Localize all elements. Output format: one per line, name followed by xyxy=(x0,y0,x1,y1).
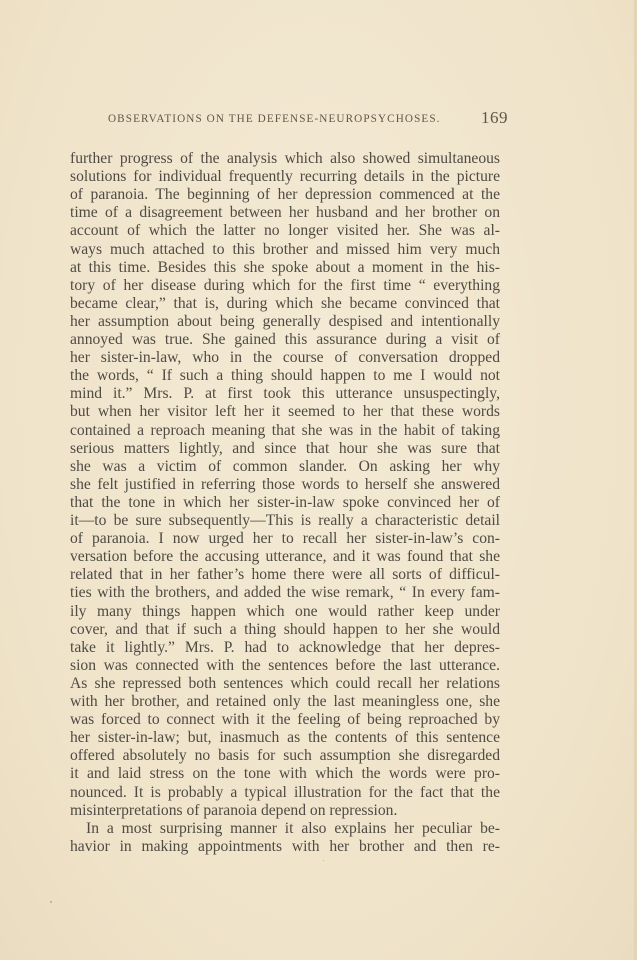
text-line: tory of her disease during which for the… xyxy=(70,277,500,295)
text-line: related that in her father’s home there … xyxy=(70,566,500,584)
text-line: further progress of the analysis which a… xyxy=(70,150,500,168)
text-line: ways much attached to this brother and m… xyxy=(70,241,500,259)
text-line: but when her visitor left her it seemed … xyxy=(70,403,500,421)
text-line: it—to be sure subsequently—This is reall… xyxy=(70,512,500,530)
text-line: she was a victim of common slander. On a… xyxy=(70,458,500,476)
text-line: became clear,” that is, during which she… xyxy=(70,295,500,313)
text-line: was forced to connect with it the feelin… xyxy=(70,711,500,729)
text-line: contained a reproach meaning that she wa… xyxy=(70,422,500,440)
text-line: serious matters lightly, and since that … xyxy=(70,440,500,458)
paper-speck xyxy=(323,860,324,861)
book-page: OBSERVATIONS ON THE DEFENSE-NEUROPSYCHOS… xyxy=(0,0,637,960)
text-line: that the tone in which her sister-in-law… xyxy=(70,494,500,512)
text-line: versation before the accusing utterance,… xyxy=(70,548,500,566)
text-line: sion was connected with the sentences be… xyxy=(70,657,500,675)
text-line: account of which the latter no longer vi… xyxy=(70,222,500,240)
text-line: of paranoia. I now urged her to recall h… xyxy=(70,530,500,548)
text-line: time of a disagreement between her husba… xyxy=(70,204,500,222)
text-line: solutions for individual frequently recu… xyxy=(70,168,500,186)
text-line: offered absolutely no basis for such ass… xyxy=(70,747,500,765)
text-line: cover, and that if such a thing should h… xyxy=(70,621,500,639)
text-line: with her brother, and retained only the … xyxy=(70,693,500,711)
text-line: take it lightly.” Mrs. P. had to acknowl… xyxy=(70,639,500,657)
page-number: 169 xyxy=(481,108,508,128)
text-line: it and laid stress on the tone with whic… xyxy=(70,765,500,783)
text-line: her sister-in-law, who in the course of … xyxy=(70,349,500,367)
text-line: her sister-in-law; but, inasmuch as the … xyxy=(70,729,500,747)
text-line: of paranoia. The beginning of her depres… xyxy=(70,186,500,204)
text-line: nounced. It is probably a typical illust… xyxy=(70,784,500,802)
text-line: annoyed was true. She gained this assura… xyxy=(70,331,500,349)
text-line: the words, “ If such a thing should happ… xyxy=(70,367,500,385)
text-line-paragraph-start: In a most surprising manner it also expl… xyxy=(70,820,500,838)
text-line: at this time. Besides this she spoke abo… xyxy=(70,259,500,277)
paper-speck xyxy=(50,901,52,903)
text-line-paragraph-end: misinterpretations of paranoia depend on… xyxy=(70,802,500,820)
text-line: ily many things happen which one would r… xyxy=(70,603,500,621)
text-line: ties with the brothers, and added the wi… xyxy=(70,584,500,602)
text-line: havior in making appointments with her b… xyxy=(70,838,500,856)
text-line: her assumption about being generally des… xyxy=(70,313,500,331)
running-head-title: OBSERVATIONS ON THE DEFENSE-NEUROPSYCHOS… xyxy=(108,113,441,125)
running-head: OBSERVATIONS ON THE DEFENSE-NEUROPSYCHOS… xyxy=(108,108,528,130)
text-line: mind it.” Mrs. P. at first took this utt… xyxy=(70,385,500,403)
text-line: she felt justified in referring those wo… xyxy=(70,476,500,494)
text-line: As she repressed both sentences which co… xyxy=(70,675,500,693)
